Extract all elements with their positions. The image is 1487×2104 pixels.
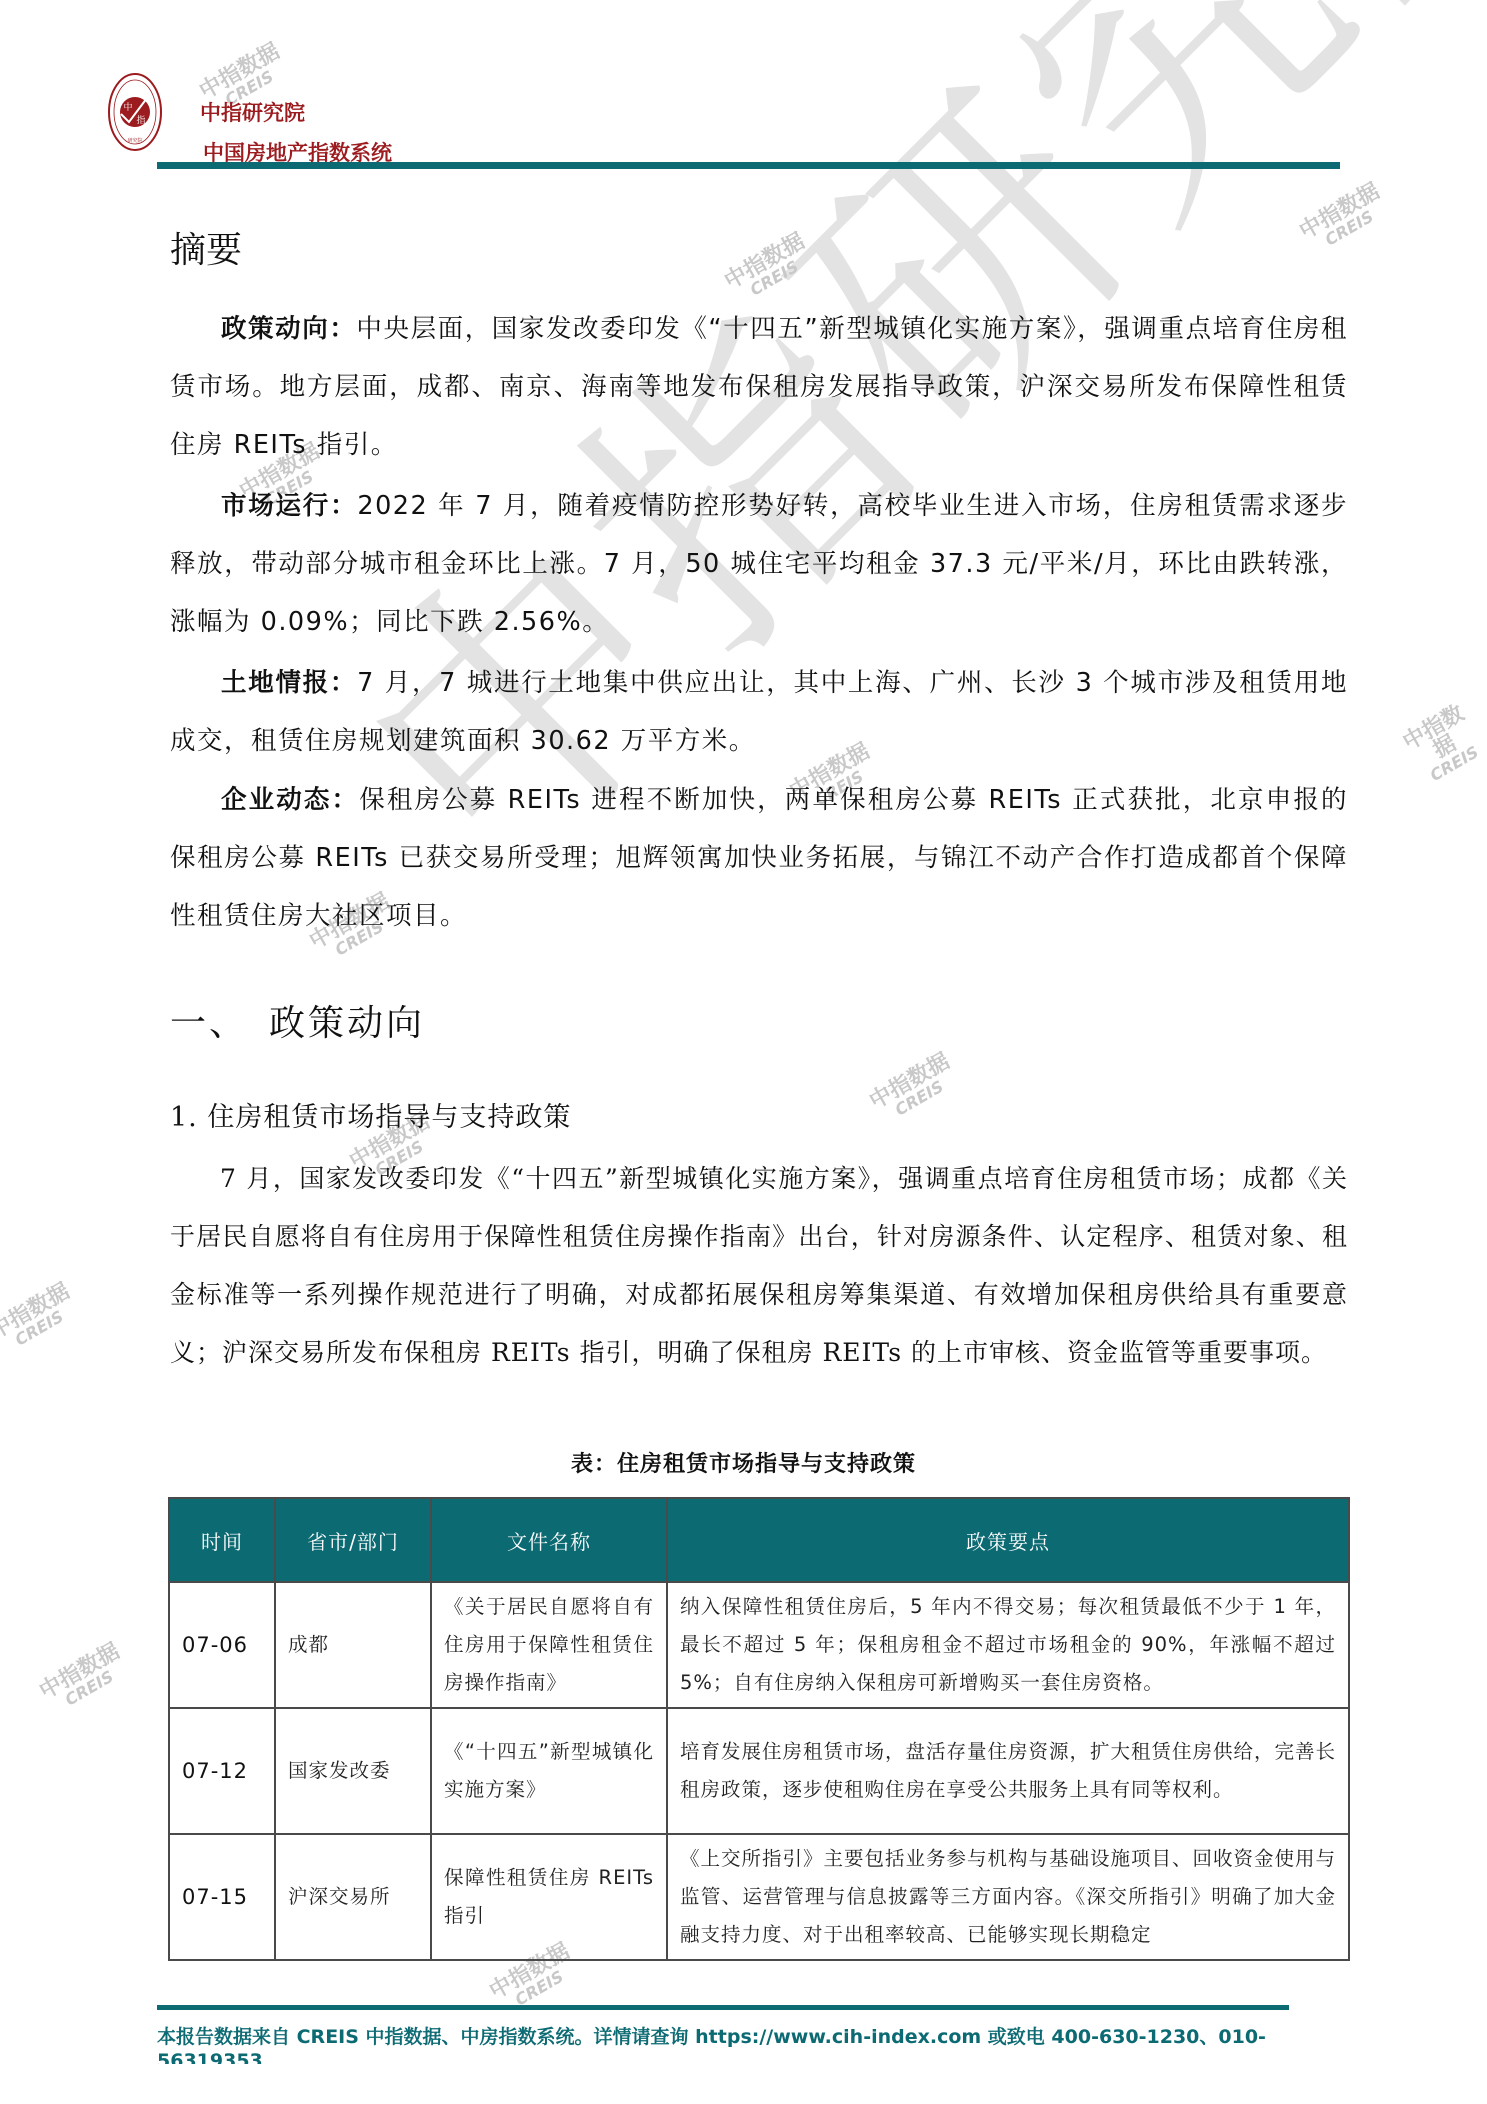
watermark-stamp: 中指数据CREIS [721, 231, 816, 308]
table-caption: 表：住房租赁市场指导与支持政策 [0, 1447, 1487, 1478]
footer-source-note: 本报告数据来自 CREIS 中指数据、中房指数系统。详情请查询 https://… [157, 2024, 1307, 2050]
watermark-stamp: 中指数据CREIS [1391, 697, 1487, 792]
watermark-stamp: 中指数据CREIS [0, 1281, 82, 1358]
header-divider [157, 162, 1340, 169]
cell-org: 国家发改委 [275, 1708, 431, 1834]
column-header-points: 政策要点 [667, 1498, 1349, 1582]
section-title: 一、 政策动向 [170, 995, 425, 1046]
subsection-title: 1. 住房租赁市场指导与支持政策 [170, 1095, 571, 1134]
table-header-row: 时间 省市/部门 文件名称 政策要点 [169, 1498, 1349, 1582]
cell-date: 07-12 [169, 1708, 275, 1834]
svg-text:中: 中 [123, 101, 132, 113]
paragraph-label: 市场运行： [221, 491, 357, 521]
summary-title: 摘要 [170, 222, 242, 273]
cell-org: 成都 [275, 1582, 431, 1708]
column-header-org: 省市/部门 [275, 1498, 431, 1582]
watermark-stamp: 中指数据CREIS [36, 1641, 131, 1718]
cell-org: 沪深交易所 [275, 1834, 431, 1960]
org-name: 中指研究院 [200, 97, 305, 127]
svg-text:研究院: 研究院 [127, 137, 142, 144]
cell-document: 《关于居民自愿将自有住房用于保障性租赁住房操作指南》 [431, 1582, 667, 1708]
cell-points: 纳入保障性租赁住房后，5 年内不得交易；每次租赁最低不少于 1 年，最长不超过 … [667, 1582, 1349, 1708]
column-header-date: 时间 [169, 1498, 275, 1582]
svg-text:指: 指 [136, 114, 145, 126]
cell-points: 《上交所指引》主要包括业务参与机构与基础设施项目、回收资金使用与监管、运营管理与… [667, 1834, 1349, 1960]
footer-divider [157, 2005, 1289, 2010]
cell-date: 07-06 [169, 1582, 275, 1708]
footer-source-note-cut: 56319353 [157, 2050, 263, 2064]
summary-paragraph-policy: 政策动向：中央层面，国家发改委印发《“十四五”新型城镇化实施方案》，强调重点培育… [170, 300, 1348, 474]
academy-seal-logo: 中 指 研究院 [107, 72, 163, 152]
cell-date: 07-15 [169, 1834, 275, 1960]
summary-paragraph-enterprise: 企业动态：保租房公募 REITs 进程不断加快，两单保租房公募 REITs 正式… [170, 771, 1348, 945]
table-row: 07-15 沪深交易所 保障性租赁住房 REITs 指引 《上交所指引》主要包括… [169, 1834, 1349, 1960]
table-row: 07-12 国家发改委 《“十四五”新型城镇化实施方案》 培育发展住房租赁市场，… [169, 1708, 1349, 1834]
policy-table: 时间 省市/部门 文件名称 政策要点 07-06 成都 《关于居民自愿将自有住房… [168, 1497, 1350, 1961]
table-row: 07-06 成都 《关于居民自愿将自有住房用于保障性租赁住房操作指南》 纳入保障… [169, 1582, 1349, 1708]
summary-paragraph-land: 土地情报：7 月，7 城进行土地集中供应出让，其中上海、广州、长沙 3 个城市涉… [170, 654, 1348, 770]
cell-document: 《“十四五”新型城镇化实施方案》 [431, 1708, 667, 1834]
paragraph-label: 政策动向： [221, 314, 356, 344]
paragraph-label: 企业动态： [221, 785, 359, 815]
cell-document: 保障性租赁住房 REITs 指引 [431, 1834, 667, 1960]
section-paragraph: 7 月，国家发改委印发《“十四五”新型城镇化实施方案》，强调重点培育住房租赁市场… [170, 1150, 1348, 1382]
paragraph-label: 土地情报： [221, 668, 357, 698]
watermark-stamp: 中指数据CREIS [1296, 181, 1391, 258]
column-header-document: 文件名称 [431, 1498, 667, 1582]
cell-points: 培育发展住房租赁市场，盘活存量住房资源，扩大租赁住房供给，完善长租房政策，逐步使… [667, 1708, 1349, 1834]
summary-paragraph-market: 市场运行：2022 年 7 月，随着疫情防控形势好转，高校毕业生进入市场，住房租… [170, 477, 1348, 651]
watermark-stamp: 中指数据CREIS [866, 1051, 961, 1128]
